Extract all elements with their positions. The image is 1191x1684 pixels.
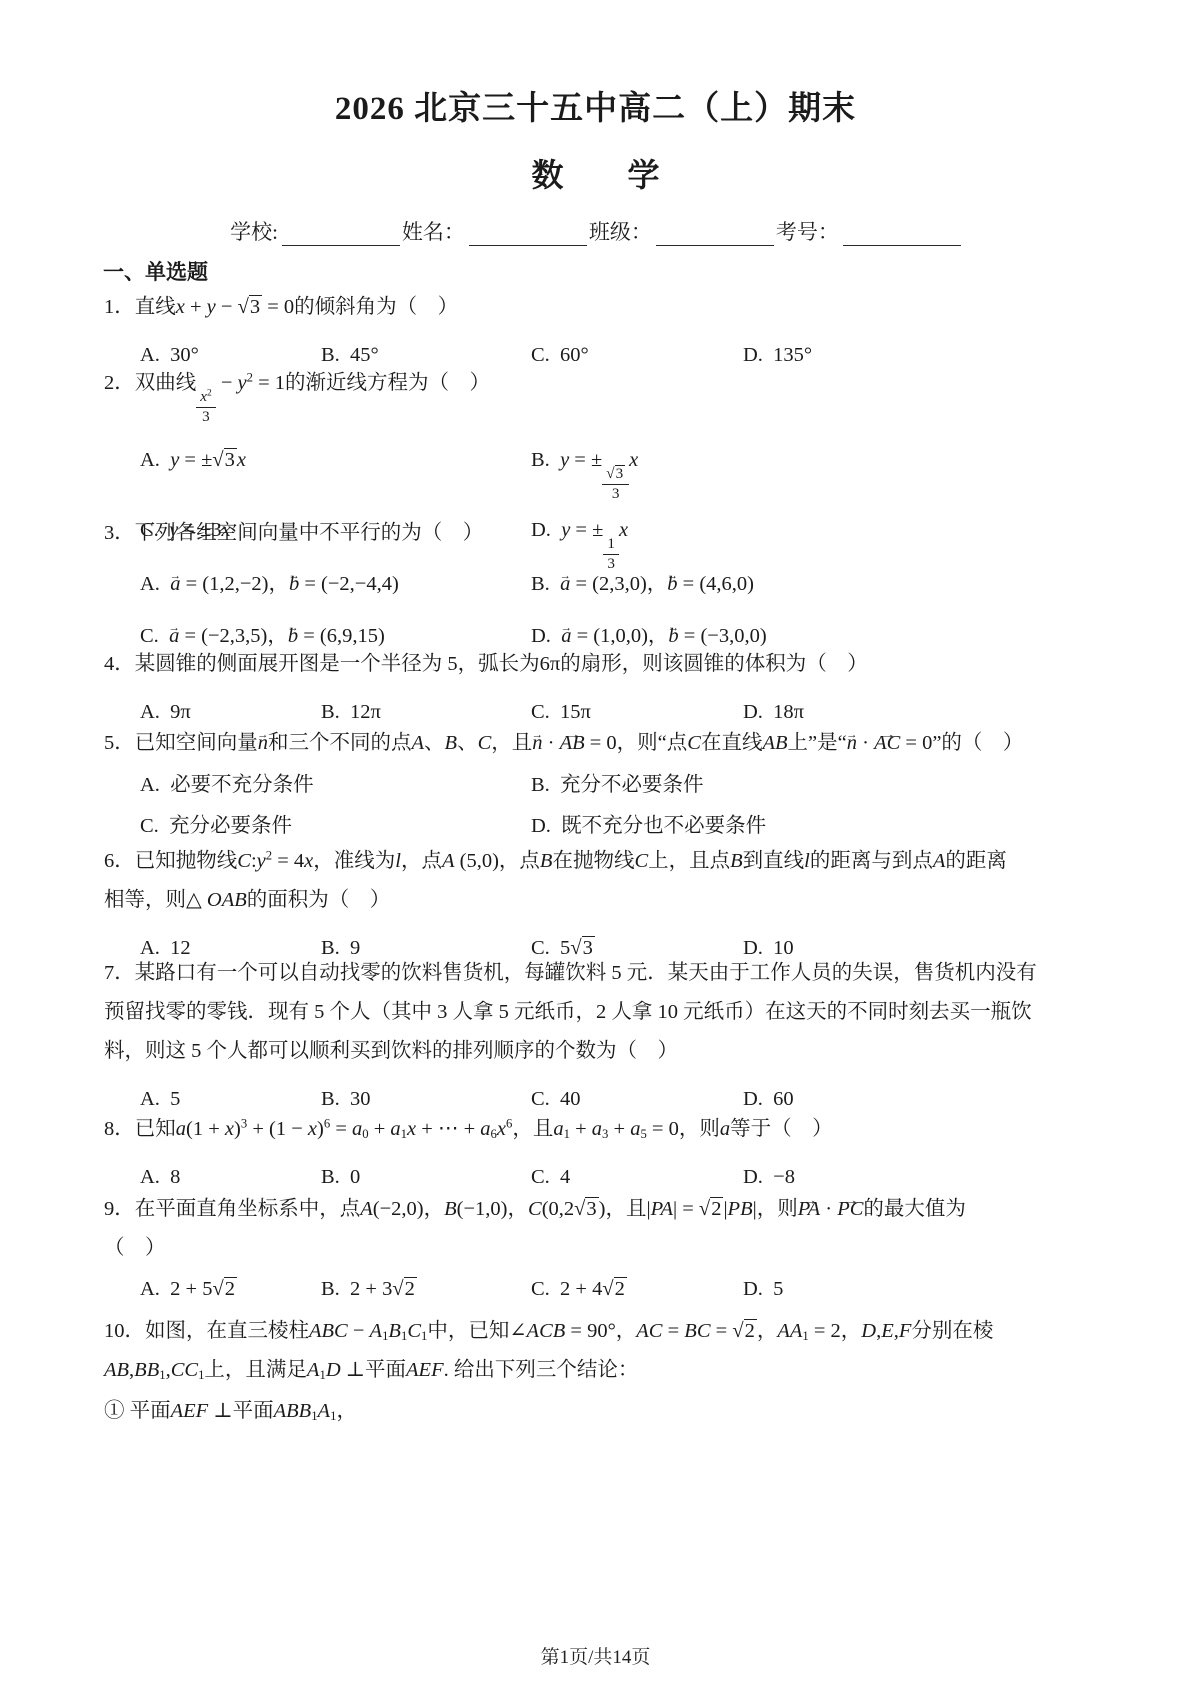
- question-6: 6．已知抛物线C:y2 = 4x，准线为l，点A (5,0)，点B在抛物线C上，…: [0, 842, 1191, 969]
- section-heading: 一、单选题: [0, 256, 1191, 286]
- question-10: 10．如图，在直三棱柱ABC − A1B1C1中，已知∠ACB = 90°，AC…: [0, 1312, 1191, 1431]
- question-4-stem: 4．某圆锥的侧面展开图是一个半径为 5，弧长为6π的扇形，则该圆锥的体积为（ ）: [104, 645, 1105, 684]
- name-label: 姓名：: [402, 216, 465, 246]
- question-9-options: A. 2 + 5√2 B. 2 + 3√2 C. 2 + 4√2 D. 5: [0, 1270, 1191, 1310]
- question-2-stem: 2．双曲线x23 − y2 = 1的渐近线方程为（ ）: [104, 364, 1105, 427]
- question-9: 9．在平面直角坐标系中，点A(−2,0)，B(−1,0)，C(0,2√3)，且|…: [0, 1190, 1191, 1310]
- question-10-stem: 10．如图，在直三棱柱ABC − A1B1C1中，已知∠ACB = 90°，AC…: [104, 1312, 1105, 1390]
- question-3-options-row-1: A. a = (1,2,−2)，b = (−2,−4,4) B. a = (2,…: [0, 565, 1191, 605]
- page-footer: 第1页/共14页: [0, 1642, 1191, 1669]
- question-3-stem: 3．下列各组空间向量中不平行的为（ ）: [104, 514, 1105, 553]
- exam-no-blank: [843, 221, 961, 246]
- question-1: 1．直线x + y − √3 = 0的倾斜角为（ ） A. 30° B. 45°…: [0, 288, 1191, 376]
- question-5: 5．已知空间向量n和三个不同的点A、B、C，且n · AB = 0，则“点C在直…: [0, 724, 1191, 847]
- school-label: 学校:: [230, 216, 278, 246]
- student-info-row: 学校: 姓名： 班级： 考号：: [0, 216, 1191, 246]
- class-label: 班级：: [589, 216, 652, 246]
- question-8: 8．已知a(1 + x)3 + (1 − x)6 = a0 + a1x + ⋯ …: [0, 1110, 1191, 1198]
- field-school: 学校:: [230, 216, 400, 246]
- question-5-option-d: D. 既不充分也不必要条件: [531, 807, 766, 846]
- subject-title: 数 学: [0, 150, 1191, 196]
- page-title: 2026 北京三十五中高二（上）期末: [0, 82, 1191, 129]
- exam-no-label: 考号：: [776, 216, 839, 246]
- question-6-stem: 6．已知抛物线C:y2 = 4x，准线为l，点A (5,0)，点B在抛物线C上，…: [104, 842, 1105, 920]
- question-7: 7．某路口有一个可以自动找零的饮料售货机，每罐饮料 5 元．某天由于工作人员的失…: [0, 954, 1191, 1120]
- question-5-options-row-2: C. 充分必要条件 D. 既不充分也不必要条件: [0, 807, 1191, 847]
- question-9-option-b: B. 2 + 3√2: [321, 1270, 417, 1309]
- question-7-stem: 7．某路口有一个可以自动找零的饮料售货机，每罐饮料 5 元．某天由于工作人员的失…: [104, 954, 1105, 1071]
- question-8-stem: 8．已知a(1 + x)3 + (1 − x)6 = a0 + a1x + ⋯ …: [104, 1110, 1105, 1149]
- question-5-option-a: A. 必要不充分条件: [140, 766, 314, 805]
- field-name: 姓名：: [402, 216, 587, 246]
- question-1-stem: 1．直线x + y − √3 = 0的倾斜角为（ ）: [104, 288, 1105, 327]
- question-10-conclusion-1: ① 平面AEF ⊥平面ABB1A1，: [104, 1392, 1105, 1431]
- question-3: 3．下列各组空间向量中不平行的为（ ） A. a = (1,2,−2)，b = …: [0, 514, 1191, 657]
- question-5-option-c: C. 充分必要条件: [140, 807, 292, 846]
- name-blank: [469, 221, 587, 246]
- question-9-option-c: C. 2 + 4√2: [531, 1270, 627, 1309]
- question-3-option-b: B. a = (2,3,0)，b = (4,6,0): [531, 565, 754, 604]
- question-5-stem: 5．已知空间向量n和三个不同的点A、B、C，且n · AB = 0，则“点C在直…: [104, 724, 1105, 763]
- question-9-stem: 9．在平面直角坐标系中，点A(−2,0)，B(−1,0)，C(0,2√3)，且|…: [104, 1190, 1105, 1268]
- question-3-option-a: A. a = (1,2,−2)，b = (−2,−4,4): [140, 565, 399, 604]
- field-class: 班级：: [589, 216, 774, 246]
- question-5-options-row-1: A. 必要不充分条件 B. 充分不必要条件: [0, 766, 1191, 806]
- question-2-option-b: B. y = ±√33x: [531, 441, 638, 504]
- question-4: 4．某圆锥的侧面展开图是一个半径为 5，弧长为6π的扇形，则该圆锥的体积为（ ）…: [0, 645, 1191, 733]
- exam-page: { "page": { "title": "2026 北京三十五中高二（上）期末…: [0, 0, 1191, 1684]
- class-blank: [656, 221, 774, 246]
- question-9-option-a: A. 2 + 5√2: [140, 1270, 237, 1309]
- question-2-option-a: A. y = ±√3x: [140, 441, 246, 480]
- field-exam-no: 考号：: [776, 216, 961, 246]
- question-9-option-d: D. 5: [743, 1270, 783, 1309]
- question-5-option-b: B. 充分不必要条件: [531, 766, 704, 805]
- school-blank: [282, 221, 400, 246]
- question-2-options-row-1: A. y = ±√3x B. y = ±√33x: [0, 441, 1191, 497]
